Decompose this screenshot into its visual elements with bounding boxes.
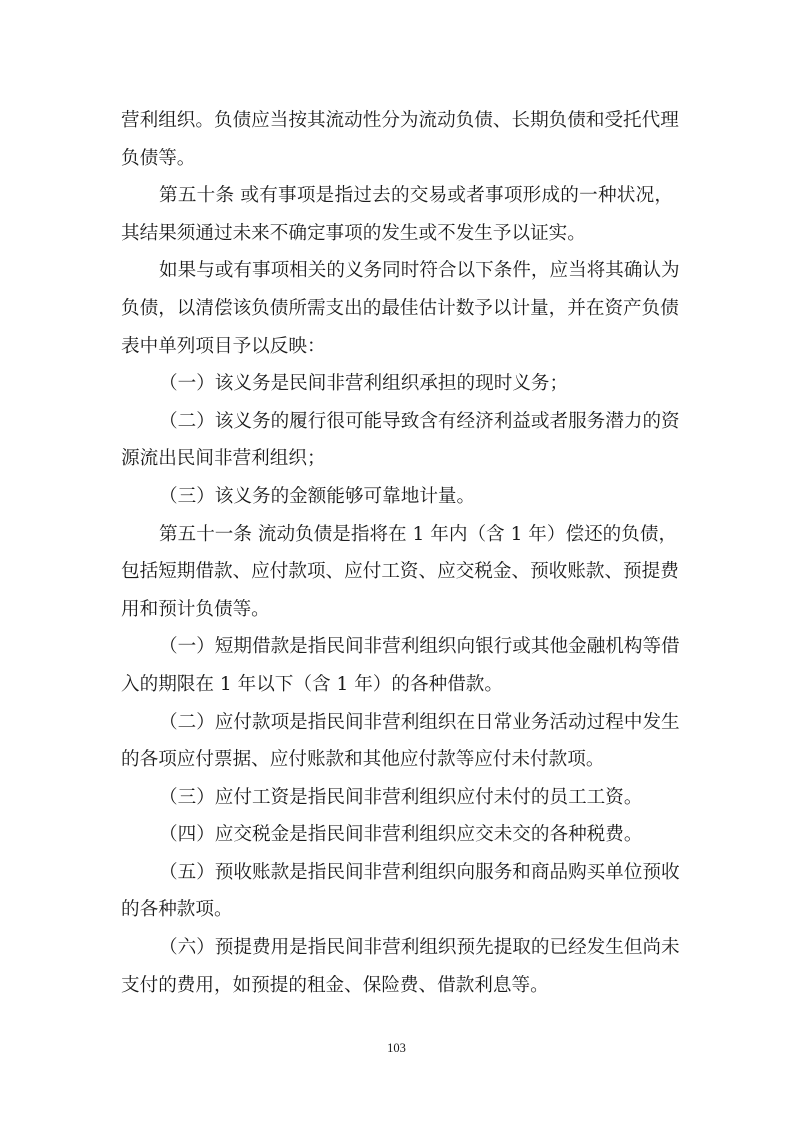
condition-item-3: （三）该义务的金额能够可靠地计量。 bbox=[121, 478, 673, 516]
text-line: 源流出民间非营利组织； bbox=[121, 440, 673, 478]
text-line: 的各项应付票据、应付账款和其他应付款等应付未付款项。 bbox=[121, 741, 673, 779]
page-number: 103 bbox=[0, 1041, 793, 1056]
article-51-heading-line: 第五十一条 流动负债是指将在 1 年内（含 1 年）偿还的负债， bbox=[121, 516, 673, 554]
liability-item-6: （六）预提费用是指民间非营利组织预先提取的已经发生但尚未 bbox=[121, 929, 673, 967]
text-line: 用和预计负债等。 bbox=[121, 591, 673, 629]
text-line: 表中单列项目予以反映： bbox=[121, 328, 673, 366]
text-line: 包括短期借款、应付款项、应付工资、应交税金、预收账款、预提费 bbox=[121, 553, 673, 591]
condition-item-1: （一）该义务是民间非营利组织承担的现时义务； bbox=[121, 365, 673, 403]
liability-item-1: （一）短期借款是指民间非营利组织向银行或其他金融机构等借 bbox=[121, 628, 673, 666]
condition-item-2: （二）该义务的履行很可能导致含有经济利益或者服务潜力的资 bbox=[121, 403, 673, 441]
liability-item-3: （三）应付工资是指民间非营利组织应付未付的员工工资。 bbox=[121, 779, 673, 817]
text-line: 负债等。 bbox=[121, 140, 673, 178]
document-body: 营利组织。负债应当按其流动性分为流动负债、长期负债和受托代理 负债等。 第五十条… bbox=[121, 102, 673, 1004]
text-line: 如果与或有事项相关的义务同时符合以下条件，应当将其确认为 bbox=[121, 252, 673, 290]
text-line: 其结果须通过未来不确定事项的发生或不发生予以证实。 bbox=[121, 215, 673, 253]
text-line: 支付的费用，如预提的租金、保险费、借款利息等。 bbox=[121, 967, 673, 1005]
text-line: 入的期限在 1 年以下（含 1 年）的各种借款。 bbox=[121, 666, 673, 704]
liability-item-5: （五）预收账款是指民间非营利组织向服务和商品购买单位预收 bbox=[121, 854, 673, 892]
liability-item-4: （四）应交税金是指民间非营利组织应交未交的各种税费。 bbox=[121, 816, 673, 854]
text-line: 的各种款项。 bbox=[121, 891, 673, 929]
text-line: 营利组织。负债应当按其流动性分为流动负债、长期负债和受托代理 bbox=[121, 102, 673, 140]
liability-item-2: （二）应付款项是指民间非营利组织在日常业务活动过程中发生 bbox=[121, 704, 673, 742]
article-50-heading-line: 第五十条 或有事项是指过去的交易或者事项形成的一种状况， bbox=[121, 177, 673, 215]
text-line: 负债，以清偿该负债所需支出的最佳估计数予以计量，并在资产负债 bbox=[121, 290, 673, 328]
